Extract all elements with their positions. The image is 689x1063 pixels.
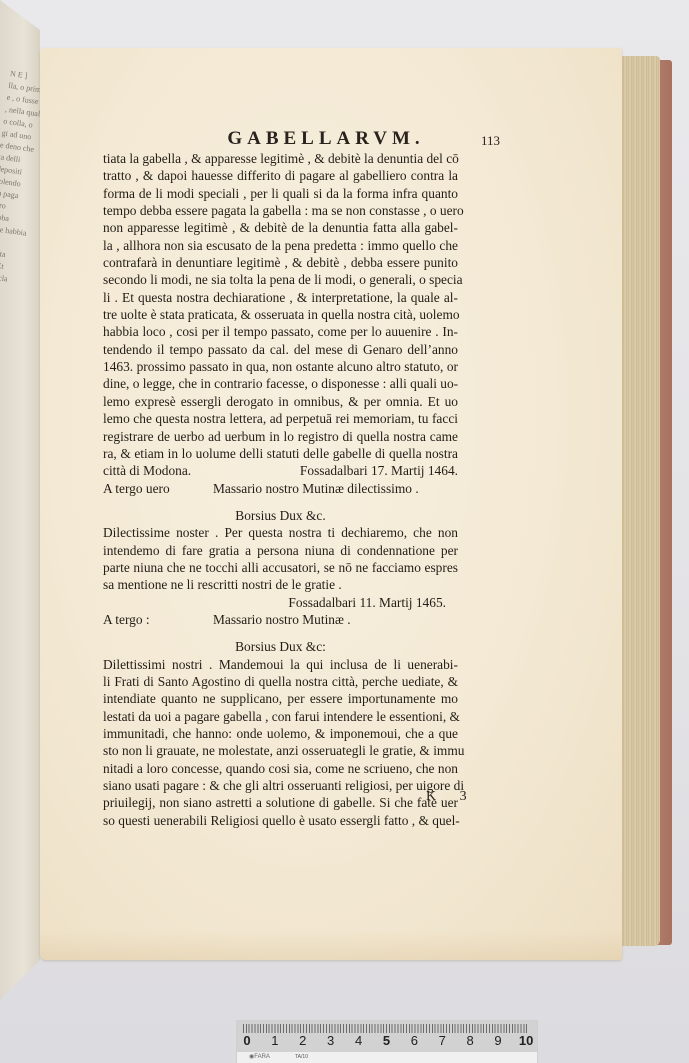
ruler-number: 10 [519, 1033, 533, 1048]
address-text: Massario nostro Mutinæ dilectissimo . [213, 480, 458, 497]
letter-3-line: immunitadi, che hanno: onde uolemo, & im… [103, 725, 458, 742]
address-text: Massario nostro Mutinæ . [213, 611, 458, 628]
letter-1-line: contrafarà in denuntiare legitimè , & de… [103, 254, 458, 271]
letter-1-line: tre uolte è stata praticata, & osseruata… [103, 306, 458, 323]
letter-3-line: lestati da uoi a pagare gabella , con fa… [103, 708, 458, 725]
letter-1-line: forma de li modi speciali , per li quali… [103, 185, 458, 202]
date-line: Fossadalbari 17. Martij 1464. [213, 462, 458, 479]
ruler-number: 2 [296, 1033, 310, 1048]
address-label: A tergo uero [103, 480, 213, 497]
facing-page-left: N E ]lla, o primae , o fusse, nella qual… [0, 0, 40, 1000]
letter-3-line: intendiate quanto ne supplicano, per ess… [103, 690, 458, 707]
facing-page-text: N E ]lla, o primae , o fusse, nella qual… [0, 68, 40, 312]
letter-2-line: intendemo di fare gratia a persona niuna… [103, 542, 458, 559]
letter-1-dateline: città di Modona. Fossadalbari 17. Martij… [103, 462, 458, 479]
letter-1-line: habbia loco , cosi per il tempo passato,… [103, 323, 458, 340]
ruler-brand: ◉FARA [249, 1053, 270, 1060]
ruler-number: 8 [463, 1033, 477, 1048]
ruler-number: 0 [240, 1033, 254, 1048]
letter-1-line: tendendo il tempo passato da cal. del me… [103, 341, 458, 358]
ruler-number: 9 [491, 1033, 505, 1048]
letter-3-line: Dilettissimi nostri . Mandemoui la qui i… [103, 656, 458, 673]
letter-1-address: A tergo uero Massario nostro Mutinæ dile… [103, 480, 458, 497]
ruler-number: 5 [379, 1033, 393, 1048]
letter-1-line: la , allhora non sia escusato de la pena… [103, 237, 458, 254]
ruler-number: 7 [435, 1033, 449, 1048]
text-block: tiata la gabella , & apparesse legitimè … [103, 150, 458, 829]
letter-2-line: parte niuna che ne tocchi alli accusator… [103, 559, 458, 576]
letter-3-body: Dilettissimi nostri . Mandemoui la qui i… [103, 656, 458, 829]
letter-1-line: dine, o legge, che in contrario facesse,… [103, 375, 458, 392]
signature-mark: K 3 [426, 789, 477, 805]
letter-1-line: ra, & etiam in lo uolume delli statuti d… [103, 445, 458, 462]
letter-3-line: priuilegij, non siano astretti a solutio… [103, 794, 458, 811]
letter-1-body: tiata la gabella , & apparesse legitimè … [103, 150, 458, 462]
letter-1-line: secondo li modi, ne sia tolta la pena de… [103, 271, 458, 288]
letter-1-line: li . Et questa nostra dechiaratione , & … [103, 289, 458, 306]
letter-1-line: lemo expresè essergli derogato in omnibu… [103, 393, 458, 410]
letter-1-line: registrare de uerbo ad uerbum in lo regi… [103, 428, 458, 445]
letter-2-body: Dilectissime noster . Per questa nostra … [103, 524, 458, 593]
page-number: 113 [481, 133, 500, 149]
letter-3-line: so questi uenerabili Religiosi quello è … [103, 812, 458, 829]
ruler-ticks [243, 1024, 529, 1033]
place-line: città di Modona. [103, 462, 213, 479]
ruler-model: TA/10 [295, 1054, 308, 1060]
letter-3-line: sto non li grauate, ne molestate, anzi o… [103, 742, 458, 759]
scale-ruler: 012345678910 ◉FARA TA/10 [236, 1020, 538, 1063]
letter-2-address: A tergo : Massario nostro Mutinæ . [103, 611, 458, 628]
ruler-numbers: 012345678910 [237, 1033, 537, 1048]
letter-1-line: 1463. prossimo passato in qua, non ostan… [103, 358, 458, 375]
letter-3-line: li Frati di Santo Agostino di quella nos… [103, 673, 458, 690]
letter-1-line: tratto , & dapoi hauesse differito di pa… [103, 167, 458, 184]
letter-2-line: sa mentione ne li rescritti nostri de le… [103, 576, 458, 593]
letter-1-line: tempo debba essere pagata la gabella : m… [103, 202, 458, 219]
ruler-number: 4 [352, 1033, 366, 1048]
ruler-number: 3 [324, 1033, 338, 1048]
letter-2-line: Dilectissime noster . Per questa nostra … [103, 524, 458, 541]
letter-1-line: tiata la gabella , & apparesse legitimè … [103, 150, 458, 167]
letter-3-line: nitadi a loro concesse, quando cosi sia,… [103, 760, 458, 777]
letter-2-date: Fossadalbari 11. Martij 1465. [103, 594, 458, 611]
letter-3-line: siano usati pagare : & che gli altri oss… [103, 777, 458, 794]
address-label: A tergo : [103, 611, 213, 628]
running-head: GABELLARVM. [196, 128, 456, 150]
letter-1-line: lemo che questa nostra lettera, ad perpe… [103, 410, 458, 427]
letter-3-heading: Borsius Dux &c: [103, 638, 458, 655]
ruler-number: 6 [407, 1033, 421, 1048]
letter-2-heading: Borsius Dux &c. [103, 507, 458, 524]
letter-1-line: non apparesse legitimè , & debitè de la … [103, 219, 458, 236]
ruler-number: 1 [268, 1033, 282, 1048]
